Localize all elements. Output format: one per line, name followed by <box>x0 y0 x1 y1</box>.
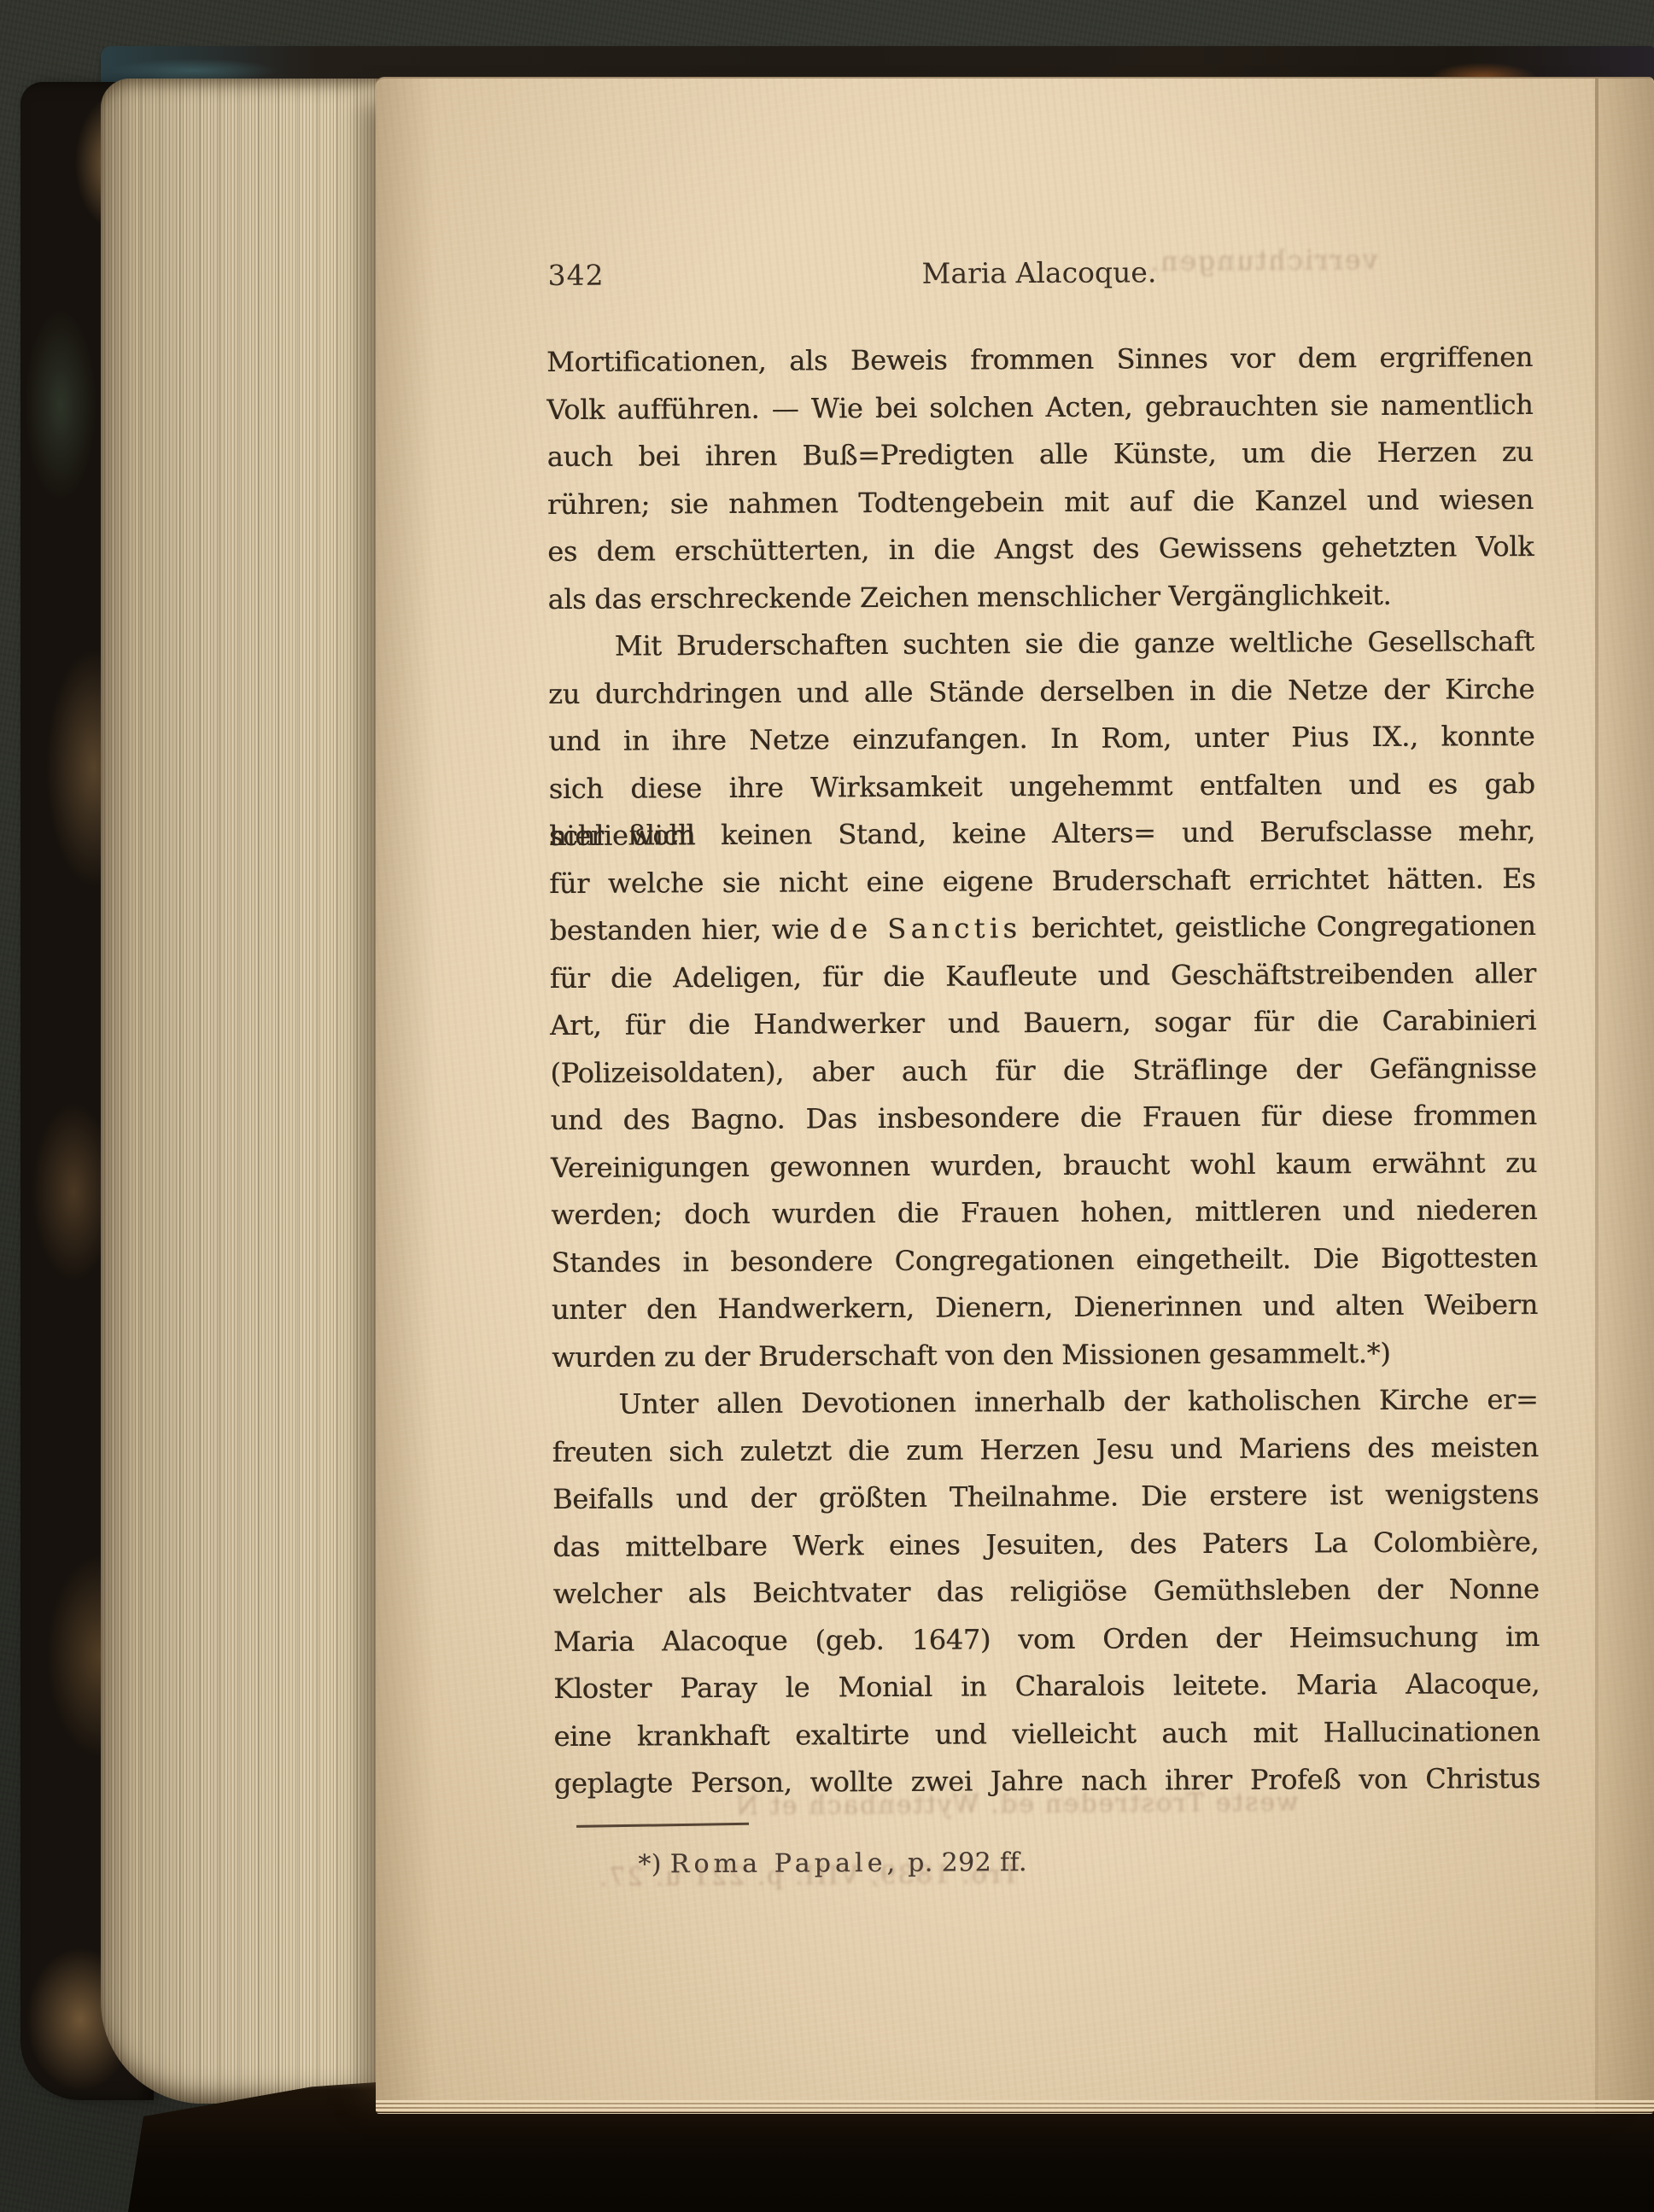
text-line: Maria Alacoque (geb. 1647) vom Orden der… <box>553 1613 1540 1666</box>
text-line: Unter allen Devotionen innerhalb der kat… <box>552 1376 1538 1429</box>
text-line: es dem erschütterten, in die Angst des G… <box>547 523 1534 576</box>
text-line: Beifalls und der größten Theilnahme. Die… <box>552 1471 1539 1524</box>
text-line: das mittelbare Werk eines Jesuiten, des … <box>552 1518 1539 1571</box>
text-line: (Polizeisoldaten), aber auch für die Str… <box>550 1044 1536 1097</box>
text-line: Vereinigungen gewonnen wurden, braucht w… <box>551 1139 1537 1192</box>
text-line: freuten sich zuletzt die zum Herzen Jesu… <box>552 1423 1539 1476</box>
text-line: für welche sie nicht eine eigene Bruders… <box>549 855 1535 908</box>
page-edge-stack <box>101 79 384 2104</box>
running-header: Maria Alacoque. <box>546 254 1532 293</box>
bleedthrough-text: weste Trostreden ed. Wyttenbach et N <box>734 1788 1299 1822</box>
text-line: Mit Bruderschaften suchten sie die ganze… <box>548 618 1534 671</box>
body-text: Mortificationen, als Beweis frommen Sinn… <box>546 334 1540 1808</box>
text-line: Art, für die Handwerker und Bauern, soga… <box>550 997 1536 1050</box>
text-line: und des Bagno. Das insbesondere die Frau… <box>551 1092 1537 1145</box>
text-line: hier wohl keinen Stand, keine Alters= un… <box>549 808 1535 861</box>
text-line: für die Adeligen, für die Kaufleute und … <box>550 949 1536 1002</box>
scanned-book-photo: 342 Maria Alacoque. Mortificationen, als… <box>0 0 1654 2212</box>
text-line: rühren; sie nahmen Todtengebein mit auf … <box>547 476 1534 528</box>
text-line: werden; doch wurden die Frauen hohen, mi… <box>551 1187 1537 1240</box>
text-line: zu durchdringen und alle Stände derselbe… <box>548 665 1534 718</box>
text-line: bestanden hier, wie de Sanctis berichtet… <box>549 902 1535 955</box>
text-line: welcher als Beichtvater das religiöse Ge… <box>552 1566 1539 1619</box>
text-line: sich diese ihre Wirksamkeit ungehemmt en… <box>549 760 1535 813</box>
text-line: auch bei ihren Buß=Predigten alle Künste… <box>546 429 1533 482</box>
text-line: Mortificationen, als Beweis frommen Sinn… <box>546 334 1533 387</box>
footnote-rule <box>576 1823 749 1828</box>
page-right-edge-shading <box>1598 79 1654 2112</box>
text-line: Kloster Paray le Monial in Charalois lei… <box>553 1660 1540 1713</box>
text-line: wurden zu der Bruderschaft von den Missi… <box>552 1328 1538 1381</box>
text-line: unter den Handwerkern, Dienern, Dienerin… <box>552 1281 1538 1334</box>
text-line: Volk aufführen. — Wie bei solchen Acten,… <box>546 381 1533 434</box>
text-line: Standes in besondere Congregationen eing… <box>551 1234 1537 1287</box>
text-line: und in ihre Netze einzufangen. In Rom, u… <box>548 713 1534 766</box>
bleedthrough-text: verrichtungen. <box>1148 243 1378 277</box>
page-gutter-shading <box>376 79 435 2112</box>
text-line: als das erschreckende Zeichen menschlich… <box>547 570 1534 623</box>
bleedthrough-text: Tro. 1839, VIII. p. 221 u. 27. <box>598 1859 1020 1892</box>
text-line: eine krankhaft exaltirte und vielleicht … <box>553 1707 1540 1760</box>
letter-spaced-text: de Sanctis <box>829 912 1021 945</box>
